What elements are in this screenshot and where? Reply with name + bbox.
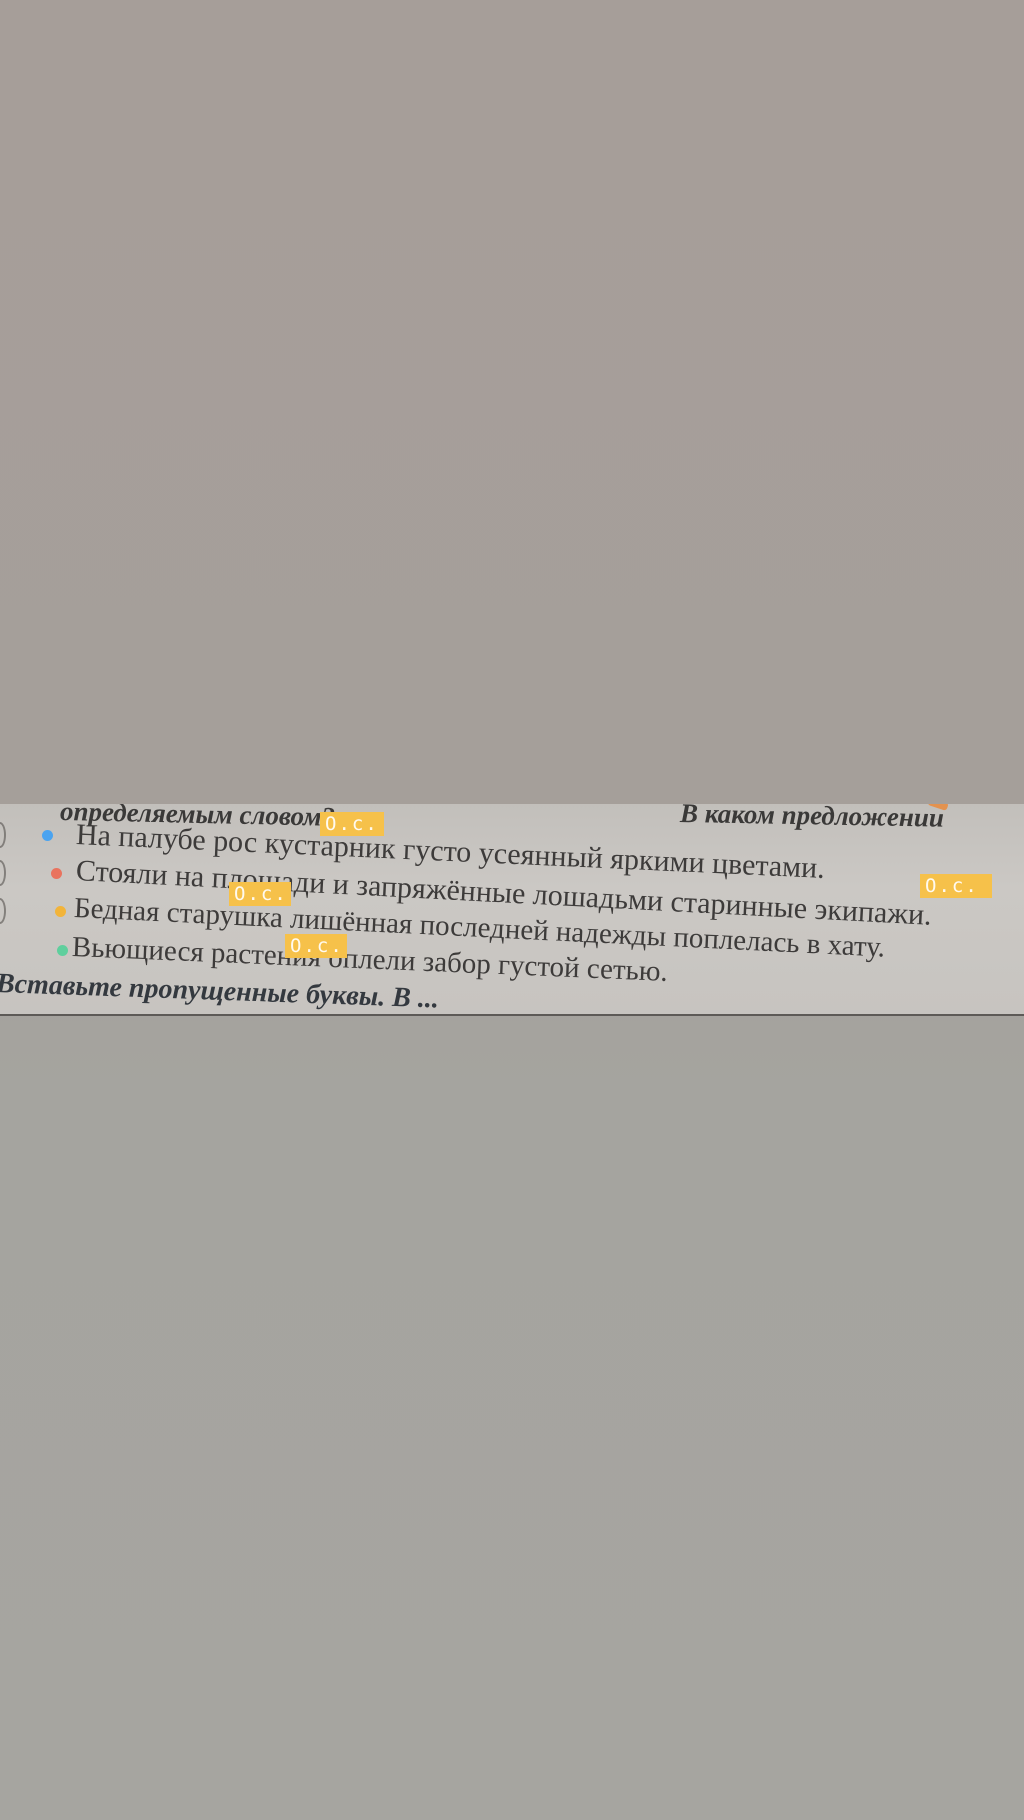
- page-edge-bracket: [0, 860, 6, 886]
- bullet-blue-icon: [42, 830, 53, 841]
- page-edge-bracket: [0, 898, 6, 924]
- page-edge-bracket: [0, 822, 6, 848]
- annotation-label: О.с.: [285, 934, 347, 958]
- bullet-red-icon: [51, 868, 62, 879]
- bullet-yellow-icon: [55, 906, 66, 917]
- annotation-label: О.с.: [920, 874, 992, 898]
- exercise-heading-right: В каком предложении: [680, 804, 944, 834]
- annotation-label: О.с.: [320, 812, 384, 836]
- annotation-label: О.с.: [229, 882, 291, 906]
- bullet-green-icon: [57, 945, 68, 956]
- textbook-photo-strip: определяемым словом? В каком предложении…: [0, 804, 1024, 1016]
